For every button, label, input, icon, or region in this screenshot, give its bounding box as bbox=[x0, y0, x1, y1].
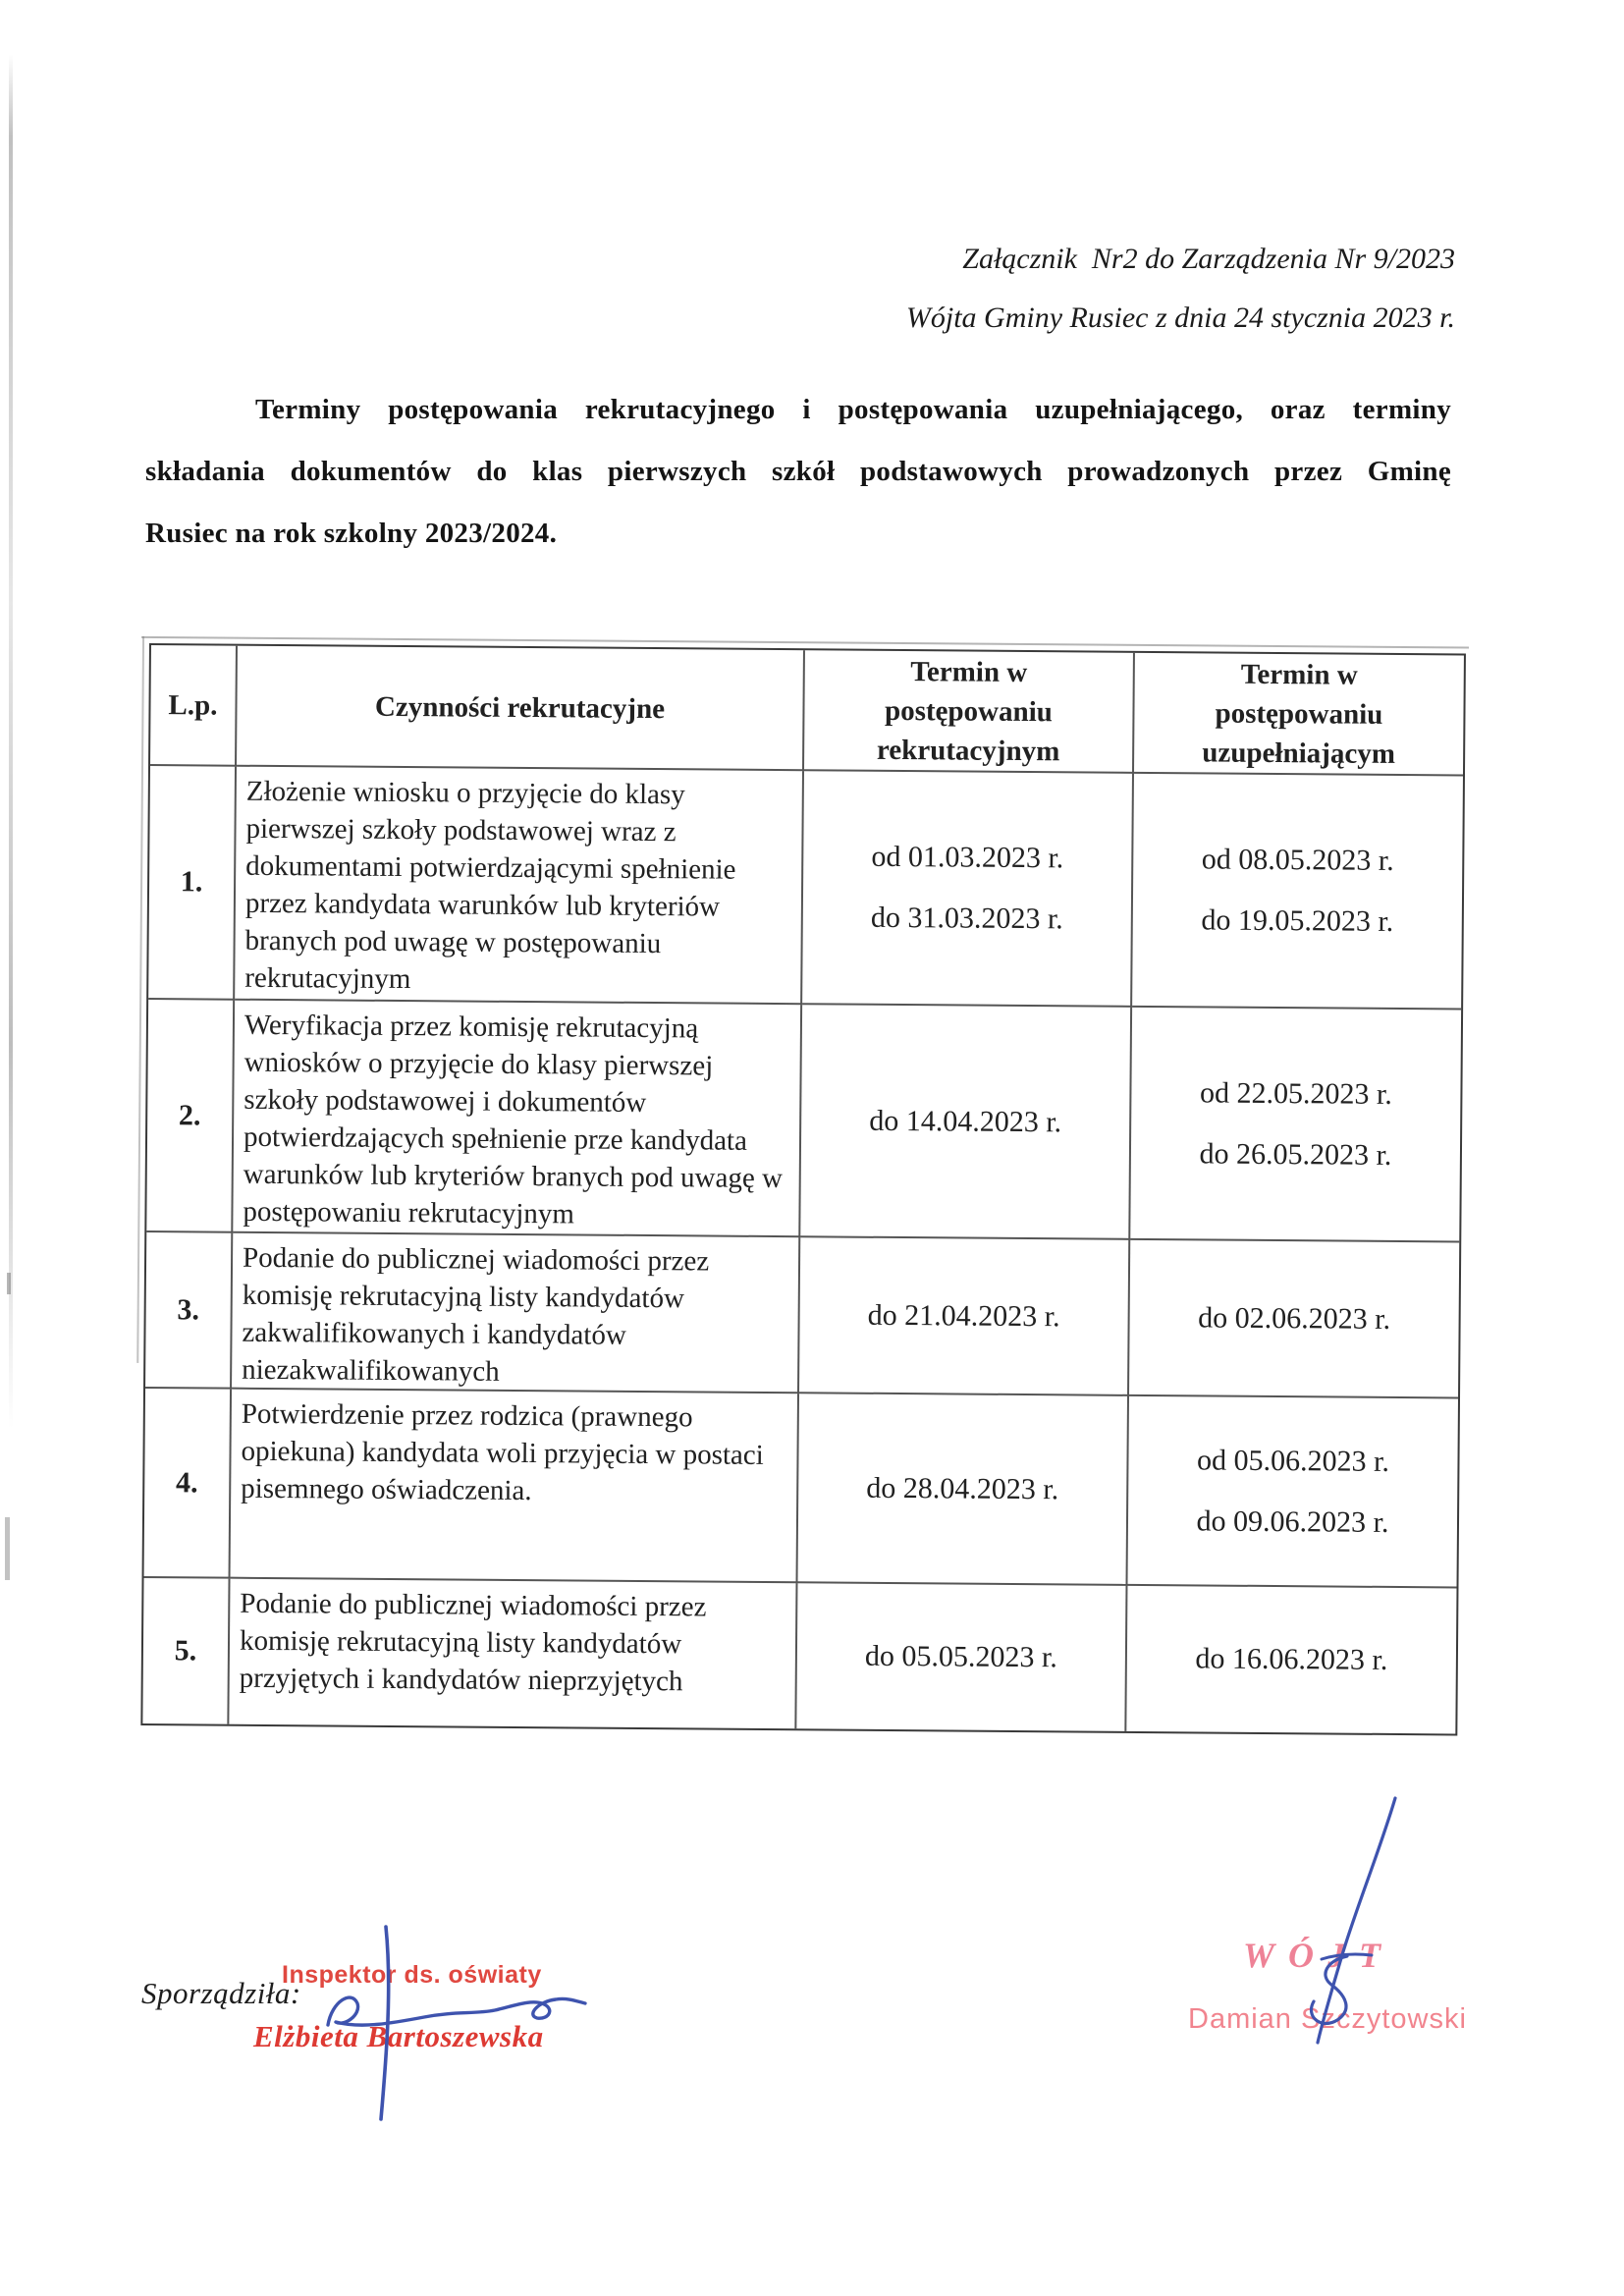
row-5-term-supplementary: do 16.06.2023 r. bbox=[1126, 1586, 1456, 1734]
row-3-term-supplementary: do 02.06.2023 r. bbox=[1129, 1240, 1459, 1399]
inspector-stamp-role: Inspektor ds. oświaty bbox=[282, 1961, 542, 1990]
row-4-term-supplementary: od 05.06.2023 r. do 09.06.2023 r. bbox=[1127, 1396, 1458, 1589]
prepared-by-label: Sporządziła: bbox=[141, 1976, 301, 2011]
attachment-annotation: Załącznik Nr2 do Zarządzenia Nr 9/2023 W… bbox=[906, 230, 1455, 348]
title-line-3: Rusiec na rok szkolny 2023/2024. bbox=[145, 503, 1451, 565]
row-2-activity: Weryfikacja przez komisję rekrutacyjną w… bbox=[233, 1001, 802, 1238]
row-3-number: 3. bbox=[145, 1232, 233, 1390]
recruitment-schedule-table-wrap: L.p. Czynności rekrutacyjne Termin w pos… bbox=[140, 643, 1466, 1735]
title-line-2: składania dokumentów do klas pierwszych … bbox=[145, 441, 1451, 503]
row-1-number: 1. bbox=[148, 766, 237, 1001]
annotation-line-2: Wójta Gminy Rusiec z dnia 24 stycznia 20… bbox=[906, 289, 1455, 348]
wojt-stamp-role: WÓJT bbox=[1243, 1935, 1394, 1976]
col-header-lp: L.p. bbox=[150, 645, 238, 767]
row-2-number: 2. bbox=[146, 1000, 235, 1233]
row-5-activity: Podanie do publicznej wiadomości przez k… bbox=[229, 1579, 797, 1729]
scan-edge-artifact bbox=[5, 1517, 10, 1580]
annotation-line-1: Załącznik Nr2 do Zarządzenia Nr 9/2023 bbox=[906, 230, 1455, 289]
scan-edge-artifact bbox=[7, 1273, 11, 1294]
title-line-1: Terminy postępowania rekrutacyjnego i po… bbox=[145, 379, 1451, 441]
recruitment-schedule-table: L.p. Czynności rekrutacyjne Termin w pos… bbox=[140, 643, 1466, 1735]
wojt-stamp-name: Damian Szczytowski bbox=[1188, 2003, 1467, 2036]
document-title: Terminy postępowania rekrutacyjnego i po… bbox=[145, 379, 1451, 565]
col-header-term-supplementary: Termin w postępowaniu uzupełniającym bbox=[1134, 653, 1464, 777]
row-1-activity: Złożenie wniosku o przyjęcie do klasy pi… bbox=[235, 767, 804, 1006]
row-5-number: 5. bbox=[142, 1578, 230, 1724]
col-header-term-recruitment: Termin w postępowaniu rekrutacyjnym bbox=[804, 650, 1135, 774]
table-border-ghost bbox=[136, 636, 144, 1363]
scanned-document-page: Załącznik Nr2 do Zarządzenia Nr 9/2023 W… bbox=[0, 0, 1624, 2296]
row-3-activity: Podanie do publicznej wiadomości przez k… bbox=[232, 1233, 800, 1394]
row-2-term-recruitment: do 14.04.2023 r. bbox=[800, 1005, 1132, 1240]
row-4-activity: Potwierdzenie przez rodzica (prawnego op… bbox=[231, 1390, 799, 1584]
row-4-term-recruitment: do 28.04.2023 r. bbox=[798, 1394, 1130, 1586]
scan-edge-artifact bbox=[9, 54, 13, 1429]
inspector-stamp-name: Elżbieta Bartoszewska bbox=[253, 2019, 544, 2054]
row-1-term-recruitment: od 01.03.2023 r. do 31.03.2023 r. bbox=[802, 771, 1134, 1008]
row-5-term-recruitment: do 05.05.2023 r. bbox=[796, 1583, 1127, 1731]
row-4-number: 4. bbox=[144, 1389, 233, 1579]
col-header-activity: Czynności rekrutacyjne bbox=[237, 646, 805, 772]
row-3-term-recruitment: do 21.04.2023 r. bbox=[799, 1237, 1130, 1396]
row-1-term-supplementary: od 08.05.2023 r. do 19.05.2023 r. bbox=[1132, 774, 1463, 1011]
row-2-term-supplementary: od 22.05.2023 r. do 26.05.2023 r. bbox=[1130, 1008, 1461, 1243]
